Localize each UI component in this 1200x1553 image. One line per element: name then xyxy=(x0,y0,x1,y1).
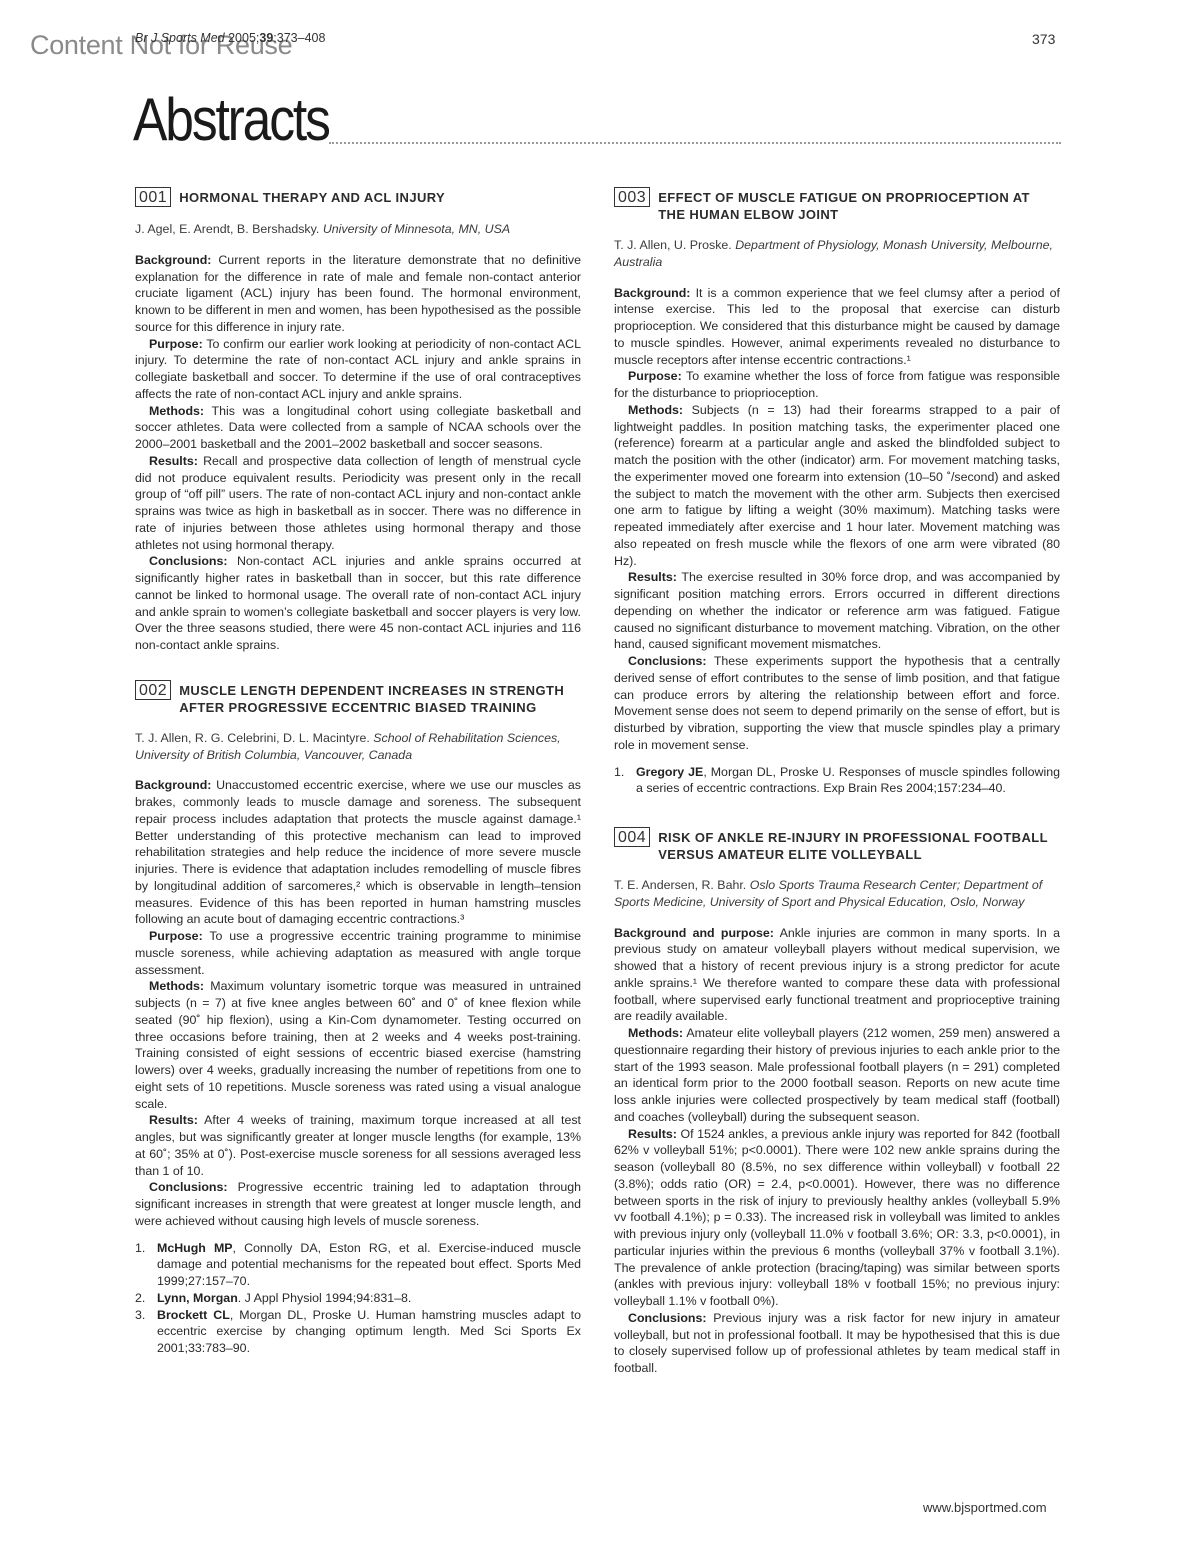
section-label: Results: xyxy=(149,1113,198,1127)
reference-lead-author: Lynn, Morgan xyxy=(157,1291,238,1305)
dotted-rule xyxy=(329,142,1061,144)
abstract-number: 002 xyxy=(135,680,171,700)
author-names: T. E. Andersen, R. Bahr. xyxy=(614,878,746,892)
section-label: Methods: xyxy=(628,1026,683,1040)
section-label: Background: xyxy=(614,286,690,300)
journal-year: 2005; xyxy=(228,31,259,45)
section-text: Ankle injuries are common in many sports… xyxy=(614,926,1060,1024)
journal-name: Br J Sports Med xyxy=(135,31,225,45)
section-label: Conclusions: xyxy=(628,1311,706,1325)
section-text: Maximum voluntary isometric torque was m… xyxy=(135,979,581,1110)
section-text: These experiments support the hypothesis… xyxy=(614,654,1060,752)
reference-lead-author: Brockett CL xyxy=(157,1308,230,1322)
section-conclusions: Conclusions: Progressive eccentric train… xyxy=(135,1179,581,1229)
section-results: Results: Recall and prospective data col… xyxy=(135,453,581,554)
abstract-001: 001 HORMONAL THERAPY AND ACL INJURY J. A… xyxy=(135,187,581,654)
section-conclusions: Conclusions: Previous injury was a risk … xyxy=(614,1310,1060,1377)
section-conclusions: Conclusions: These experiments support t… xyxy=(614,653,1060,754)
section-label: Background: xyxy=(135,778,211,792)
abstract-number: 004 xyxy=(614,827,650,847)
section-label: Purpose: xyxy=(628,369,682,383)
section-purpose: Purpose: To examine whether the loss of … xyxy=(614,368,1060,402)
section-text: Amateur elite volleyball players (212 wo… xyxy=(614,1026,1060,1124)
abstract-authors: T. E. Andersen, R. Bahr. Oslo Sports Tra… xyxy=(614,877,1060,911)
section-background: Background: It is a common experience th… xyxy=(614,285,1060,369)
author-affiliation: University of Minnesota, MN, USA xyxy=(323,222,510,236)
reference-list: 1.McHugh MP, Connolly DA, Eston RG, et a… xyxy=(135,1240,581,1357)
running-head: Br J Sports Med 2005;39:373–408 xyxy=(135,31,325,45)
author-names: T. J. Allen, U. Proske. xyxy=(614,238,732,252)
abstract-number: 001 xyxy=(135,187,171,207)
section-label: Conclusions: xyxy=(149,554,227,568)
journal-volume: 39 xyxy=(259,31,273,45)
section-text: After 4 weeks of training, maximum torqu… xyxy=(135,1113,581,1177)
section-label: Results: xyxy=(628,1127,677,1141)
section-text: The exercise resulted in 30% force drop,… xyxy=(614,570,1060,651)
abstract-heading: 001 HORMONAL THERAPY AND ACL INJURY xyxy=(135,187,581,207)
abstract-title: EFFECT OF MUSCLE FATIGUE ON PROPRIOCEPTI… xyxy=(658,187,1060,223)
abstract-title: HORMONAL THERAPY AND ACL INJURY xyxy=(179,187,445,206)
reference-number: 3. xyxy=(135,1307,157,1357)
section-text: Subjects (n = 13) had their forearms str… xyxy=(614,403,1060,568)
abstract-002: 002 MUSCLE LENGTH DEPENDENT INCREASES IN… xyxy=(135,680,581,1357)
abstract-heading: 004 RISK OF ANKLE RE-INJURY IN PROFESSIO… xyxy=(614,827,1060,863)
section-label: Methods: xyxy=(149,404,204,418)
section-methods: Methods: Maximum voluntary isometric tor… xyxy=(135,978,581,1112)
abstract-authors: J. Agel, E. Arendt, B. Bershadsky. Unive… xyxy=(135,221,581,238)
section-label: Purpose: xyxy=(149,337,203,351)
reference-list: 1.Gregory JE, Morgan DL, Proske U. Respo… xyxy=(614,764,1060,798)
section-label: Methods: xyxy=(628,403,683,417)
section-results: Results: After 4 weeks of training, maxi… xyxy=(135,1112,581,1179)
section-results: Results: The exercise resulted in 30% fo… xyxy=(614,569,1060,653)
reference-text: . J Appl Physiol 1994;94:831–8. xyxy=(238,1291,412,1305)
section-text: Unaccustomed eccentric exercise, where w… xyxy=(135,778,581,926)
reference-number: 1. xyxy=(135,1240,157,1290)
abstract-number: 003 xyxy=(614,187,650,207)
abstract-authors: T. J. Allen, U. Proske. Department of Ph… xyxy=(614,237,1060,271)
footer-url[interactable]: www.bjsportmed.com xyxy=(923,1500,1047,1515)
section-methods: Methods: Amateur elite volleyball player… xyxy=(614,1025,1060,1126)
abstract-title: RISK OF ANKLE RE-INJURY IN PROFESSIONAL … xyxy=(658,827,1060,863)
section-background: Background: Unaccustomed eccentric exerc… xyxy=(135,777,581,928)
section-label: Results: xyxy=(628,570,677,584)
section-label: Conclusions: xyxy=(628,654,706,668)
section-text: Recall and prospective data collection o… xyxy=(135,454,581,552)
section-title: Abstracts xyxy=(133,90,329,150)
reference-number: 2. xyxy=(135,1290,157,1307)
section-header: Abstracts xyxy=(133,80,1061,150)
reference-lead-author: Gregory JE xyxy=(636,765,703,779)
reference-item: 3.Brockett CL, Morgan DL, Proske U. Huma… xyxy=(135,1307,581,1357)
reference-item: 1.Gregory JE, Morgan DL, Proske U. Respo… xyxy=(614,764,1060,798)
section-label: Purpose: xyxy=(149,929,203,943)
reference-lead-author: McHugh MP xyxy=(157,1241,233,1255)
section-purpose: Purpose: To use a progressive eccentric … xyxy=(135,928,581,978)
section-conclusions: Conclusions: Non-contact ACL injuries an… xyxy=(135,553,581,654)
reference-number: 1. xyxy=(614,764,636,798)
section-background-purpose: Background and purpose: Ankle injuries a… xyxy=(614,925,1060,1026)
section-text: Of 1524 ankles, a previous ankle injury … xyxy=(614,1127,1060,1309)
journal-pages: :373–408 xyxy=(273,31,325,45)
section-text: Non-contact ACL injuries and ankle sprai… xyxy=(135,554,581,652)
abstract-004: 004 RISK OF ANKLE RE-INJURY IN PROFESSIO… xyxy=(614,827,1060,1377)
section-methods: Methods: This was a longitudinal cohort … xyxy=(135,403,581,453)
section-label: Background: xyxy=(135,253,211,267)
reference-item: 2.Lynn, Morgan. J Appl Physiol 1994;94:8… xyxy=(135,1290,581,1307)
abstract-heading: 003 EFFECT OF MUSCLE FATIGUE ON PROPRIOC… xyxy=(614,187,1060,223)
abstract-heading: 002 MUSCLE LENGTH DEPENDENT INCREASES IN… xyxy=(135,680,581,716)
abstract-title: MUSCLE LENGTH DEPENDENT INCREASES IN STR… xyxy=(179,680,581,716)
section-purpose: Purpose: To confirm our earlier work loo… xyxy=(135,336,581,403)
reference-item: 1.McHugh MP, Connolly DA, Eston RG, et a… xyxy=(135,1240,581,1290)
section-results: Results: Of 1524 ankles, a previous ankl… xyxy=(614,1126,1060,1310)
section-label: Results: xyxy=(149,454,198,468)
left-column: 001 HORMONAL THERAPY AND ACL INJURY J. A… xyxy=(135,187,581,1379)
section-background: Background: Current reports in the liter… xyxy=(135,252,581,336)
section-label: Conclusions: xyxy=(149,1180,227,1194)
section-label: Methods: xyxy=(149,979,204,993)
section-label: Background and purpose: xyxy=(614,926,774,940)
section-methods: Methods: Subjects (n = 13) had their for… xyxy=(614,402,1060,570)
abstract-authors: T. J. Allen, R. G. Celebrini, D. L. Maci… xyxy=(135,730,581,764)
page-number: 373 xyxy=(1032,31,1055,47)
right-column: 003 EFFECT OF MUSCLE FATIGUE ON PROPRIOC… xyxy=(614,187,1060,1399)
abstract-003: 003 EFFECT OF MUSCLE FATIGUE ON PROPRIOC… xyxy=(614,187,1060,797)
author-names: T. J. Allen, R. G. Celebrini, D. L. Maci… xyxy=(135,731,370,745)
author-names: J. Agel, E. Arendt, B. Bershadsky. xyxy=(135,222,319,236)
